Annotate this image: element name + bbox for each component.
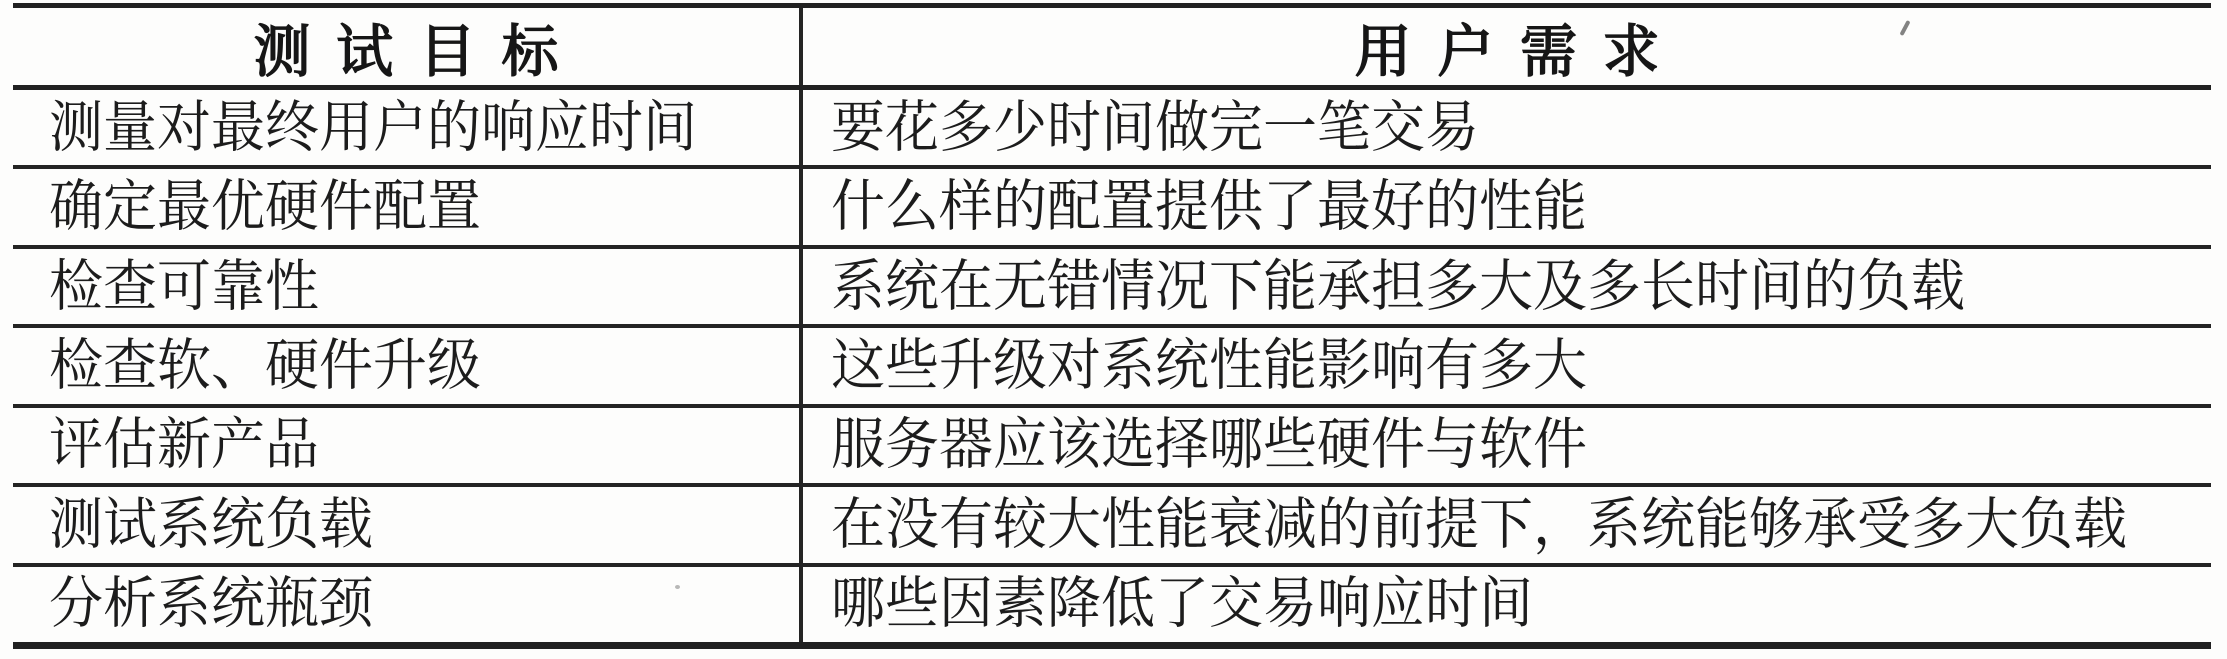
header-cell-objective: 测试目标 — [13, 8, 803, 85]
objective-text: 检查软、硬件升级 — [49, 338, 481, 394]
scanned-document-page: 测试目标 用户需求 测量对最终用户的响应时间 要花多少时间做完一笔交易 确定最优… — [0, 0, 2227, 659]
column-header-test-objective: 测试目标 — [254, 8, 585, 85]
table-row: 检查可靠性 系统在无错情况下能承担多大及多长时间的负载 — [13, 249, 2211, 328]
objective-text: 分析系统瓶颈 — [49, 576, 373, 632]
objective-cell: 确定最优硬件配置 — [13, 169, 803, 244]
objective-text: 测量对最终用户的响应时间 — [49, 100, 697, 156]
table-header-row: 测试目标 用户需求 — [13, 8, 2211, 90]
scan-artifact-dot — [675, 585, 680, 589]
table-row: 检查软、硬件升级 这些升级对系统性能影响有多大 — [13, 328, 2211, 407]
need-text: 要花多少时间做完一笔交易 — [831, 100, 1479, 156]
table-row: 分析系统瓶颈 哪些因素降低了交易响应时间 — [13, 567, 2211, 642]
need-cell: 哪些因素降低了交易响应时间 — [803, 567, 2211, 642]
objective-cell: 检查软、硬件升级 — [13, 328, 803, 403]
need-cell: 在没有较大性能衰减的前提下，系统能够承受多大负载 — [803, 487, 2211, 562]
need-text: 在没有较大性能衰减的前提下，系统能够承受多大负载 — [831, 497, 2127, 553]
header-cell-need: 用户需求 — [803, 8, 2211, 85]
need-text: 哪些因素降低了交易响应时间 — [831, 576, 1533, 632]
need-cell: 这些升级对系统性能影响有多大 — [803, 328, 2211, 403]
objective-cell: 评估新产品 — [13, 408, 803, 483]
need-text: 服务器应该选择哪些硬件与软件 — [831, 417, 1587, 473]
objective-text: 评估新产品 — [49, 417, 319, 473]
need-cell: 服务器应该选择哪些硬件与软件 — [803, 408, 2211, 483]
table-body: 测量对最终用户的响应时间 要花多少时间做完一笔交易 确定最优硬件配置 什么样的配… — [13, 90, 2211, 642]
objective-text: 检查可靠性 — [49, 258, 319, 314]
objective-text: 确定最优硬件配置 — [49, 179, 481, 235]
test-objectives-user-needs-table: 测试目标 用户需求 测量对最终用户的响应时间 要花多少时间做完一笔交易 确定最优… — [13, 3, 2211, 649]
table-row: 确定最优硬件配置 什么样的配置提供了最好的性能 — [13, 169, 2211, 248]
objective-cell: 测量对最终用户的响应时间 — [13, 90, 803, 165]
need-cell: 系统在无错情况下能承担多大及多长时间的负载 — [803, 249, 2211, 324]
table-row: 测试系统负载 在没有较大性能衰减的前提下，系统能够承受多大负载 — [13, 487, 2211, 566]
objective-cell: 分析系统瓶颈 — [13, 567, 803, 642]
table-row: 测量对最终用户的响应时间 要花多少时间做完一笔交易 — [13, 90, 2211, 169]
need-cell: 要花多少时间做完一笔交易 — [803, 90, 2211, 165]
objective-text: 测试系统负载 — [49, 497, 373, 553]
column-header-user-need: 用户需求 — [1355, 8, 1686, 85]
table-row: 评估新产品 服务器应该选择哪些硬件与软件 — [13, 408, 2211, 487]
need-cell: 什么样的配置提供了最好的性能 — [803, 169, 2211, 244]
need-text: 系统在无错情况下能承担多大及多长时间的负载 — [831, 258, 1965, 314]
objective-cell: 测试系统负载 — [13, 487, 803, 562]
need-text: 这些升级对系统性能影响有多大 — [831, 338, 1587, 394]
objective-cell: 检查可靠性 — [13, 249, 803, 324]
need-text: 什么样的配置提供了最好的性能 — [831, 179, 1587, 235]
